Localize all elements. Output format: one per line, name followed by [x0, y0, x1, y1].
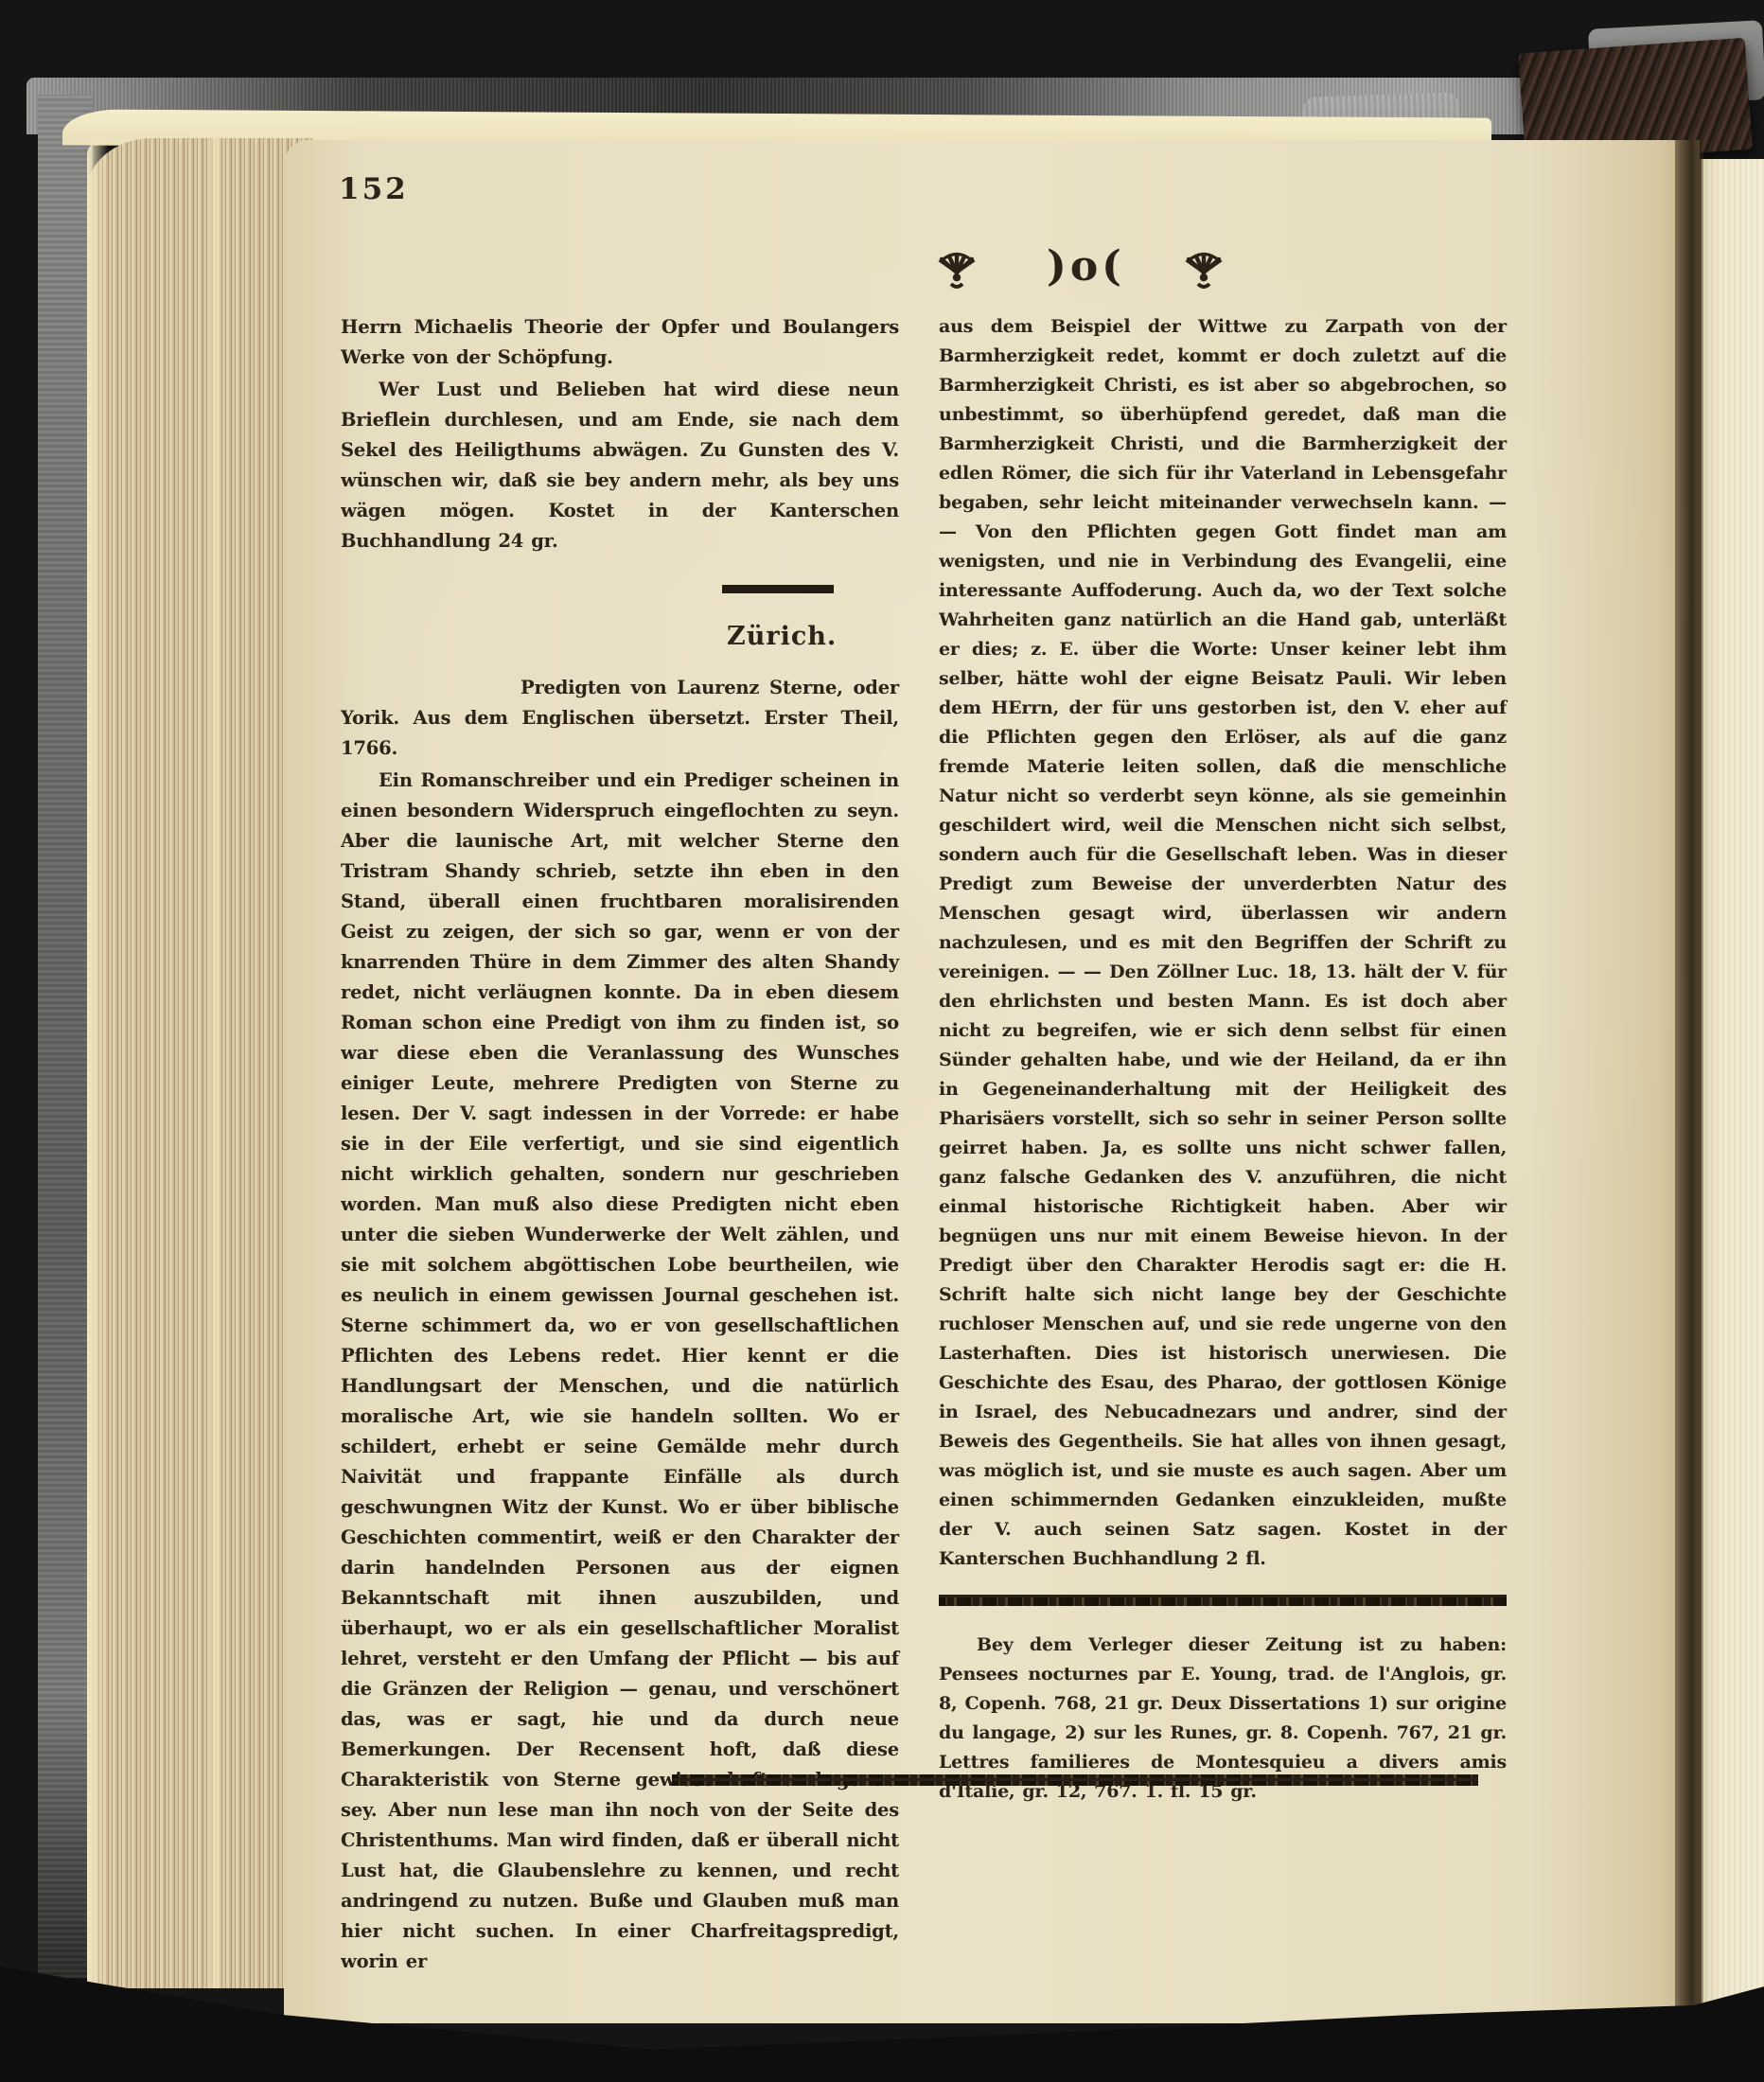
page-number: 152	[339, 172, 409, 206]
continued-article-title: Herrn Michaelis Theorie der Opfer und Bo…	[341, 312, 899, 373]
bottom-divider-ornate-rule	[672, 1774, 1478, 1786]
running-head: )o(	[0, 244, 1764, 310]
page-edge-stack	[87, 138, 314, 1988]
shell-ornament-left-icon	[932, 250, 981, 295]
signature-mark: )o(	[1047, 242, 1125, 291]
gutter-shadow	[1675, 140, 1703, 2023]
right-column: aus dem Beispiel der Wittwe zu Zarpath v…	[939, 312, 1507, 1809]
book-cover-left-edge	[38, 95, 93, 1978]
facing-page-edge	[1700, 159, 1764, 2028]
column-divider-ornate-rule	[939, 1595, 1507, 1606]
left-column: Herrn Michaelis Theorie der Opfer und Bo…	[341, 312, 899, 1979]
review-body: Ein Romanschreiber und ein Prediger sche…	[341, 766, 899, 1977]
shell-ornament-right-icon	[1179, 250, 1228, 295]
review-paragraph: Wer Lust und Belieben hat wird diese neu…	[341, 375, 899, 556]
book-scan-photo: 152 )o(	[0, 0, 1764, 2082]
review-body-continued: aus dem Beispiel der Wittwe zu Zarpath v…	[939, 312, 1507, 1574]
section-heading-zurich: Zürich.	[727, 622, 837, 652]
section-divider-rule	[722, 585, 834, 593]
article-title-sterne-sermons: Predigten von Laurenz Sterne, oder Yorik…	[341, 673, 899, 764]
